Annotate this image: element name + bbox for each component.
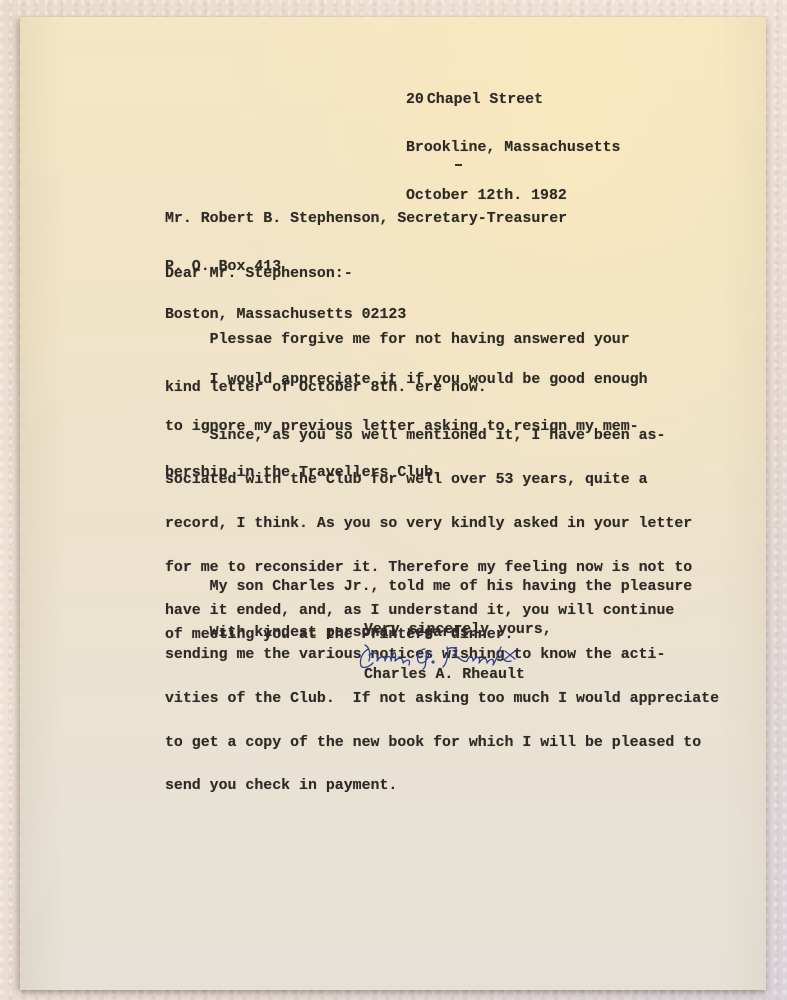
- return-address-street: 20 Chapel Street: [406, 92, 620, 108]
- stray-typewriter-mark: [455, 164, 462, 166]
- complimentary-close: Very sincerely yours,: [364, 622, 552, 638]
- return-address-city: Brookline, Massachusetts: [406, 140, 620, 156]
- salutation: Dear Mr. Stephenson:-: [165, 266, 353, 282]
- paragraph-line: Since, as you so well mentioned it, I ha…: [165, 429, 719, 444]
- recipient-name: Mr. Robert B. Stephenson, Secretary-Trea…: [165, 211, 567, 227]
- paragraph-line: to get a copy of the new book for which …: [165, 736, 719, 751]
- paragraph-line: record, I think. As you so very kindly a…: [165, 517, 719, 532]
- paragraph-line: send you check in payment.: [165, 779, 719, 794]
- paragraph-line: sociated with the Club for well over 53 …: [165, 473, 719, 488]
- paragraph-line: vities of the Club. If not asking too mu…: [165, 692, 719, 707]
- paragraph-line: I would appreciate it if you would be go…: [165, 373, 648, 389]
- typed-signature-name: Charles A. Rheault: [364, 667, 525, 683]
